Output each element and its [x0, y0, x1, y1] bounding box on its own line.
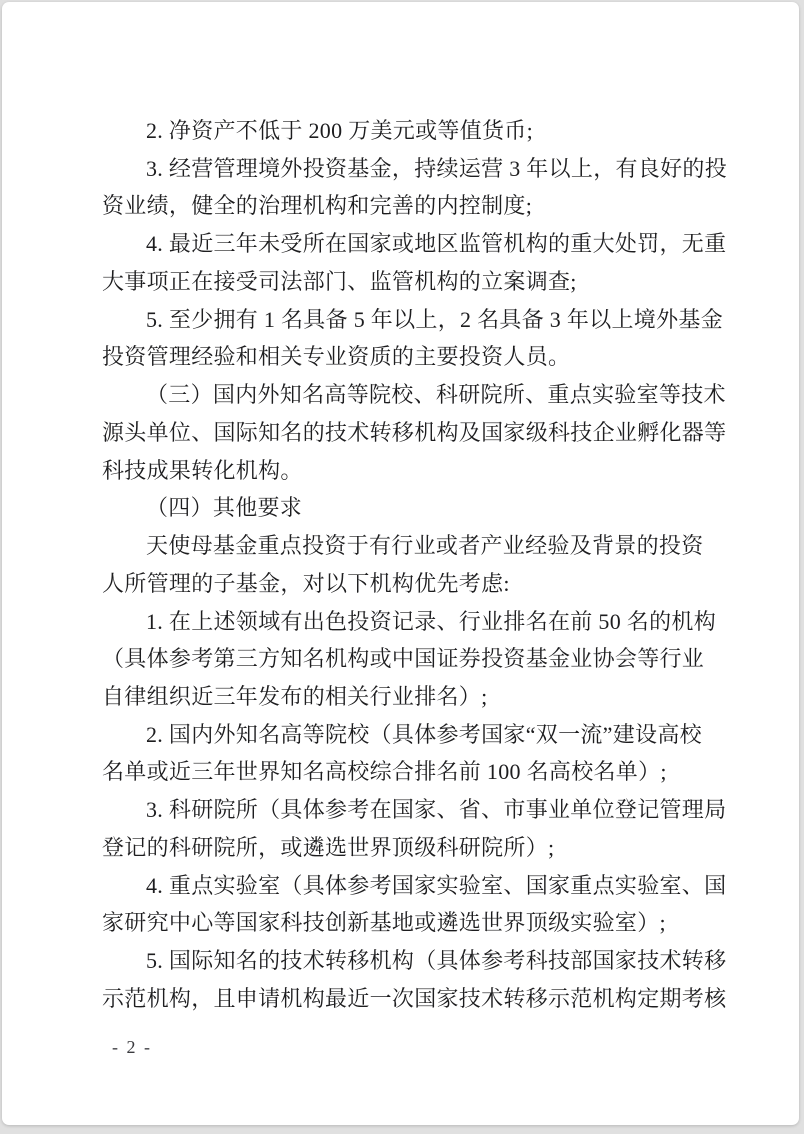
document-line: 3. 经营管理境外投资基金，持续运营 3 年以上，有良好的投 — [102, 150, 742, 188]
document-line: 登记的科研院所，或遴选世界顶级科研院所）; — [102, 829, 742, 867]
document-line: 5. 至少拥有 1 名具备 5 年以上，2 名具备 3 年以上境外基金 — [102, 301, 742, 339]
document-line: 2. 国内外知名高等院校（具体参考国家“双一流”建设高校 — [102, 716, 742, 754]
document-line: 大事项正在接受司法部门、监管机构的立案调查; — [102, 263, 742, 301]
document-line: 源头单位、国际知名的技术转移机构及国家级科技企业孵化器等 — [102, 414, 742, 452]
document-line: 自律组织近三年发布的相关行业排名）; — [102, 678, 742, 716]
document-line: 资业绩，健全的治理机构和完善的内控制度; — [102, 187, 742, 225]
document-page: 2. 净资产不低于 200 万美元或等值货币; 3. 经营管理境外投资基金，持续… — [2, 2, 799, 1125]
document-line: 3. 科研院所（具体参考在国家、省、市事业单位登记管理局 — [102, 791, 742, 829]
document-line: 人所管理的子基金，对以下机构优先考虑: — [102, 565, 742, 603]
document-line: 1. 在上述领域有出色投资记录、行业排名在前 50 名的机构 — [102, 603, 742, 641]
document-line: 4. 最近三年未受所在国家或地区监管机构的重大处罚，无重 — [102, 225, 742, 263]
document-body: 2. 净资产不低于 200 万美元或等值货币; 3. 经营管理境外投资基金，持续… — [102, 112, 742, 1018]
document-line: （四）其他要求 — [102, 489, 742, 527]
scan-viewer-frame: 2. 净资产不低于 200 万美元或等值货币; 3. 经营管理境外投资基金，持续… — [0, 0, 804, 1134]
document-line: 科技成果转化机构。 — [102, 452, 742, 490]
document-line: （具体参考第三方知名机构或中国证券投资基金业协会等行业 — [102, 640, 742, 678]
document-line: （三）国内外知名高等院校、科研院所、重点实验室等技术 — [102, 376, 742, 414]
document-line: 示范机构，且申请机构最近一次国家技术转移示范机构定期考核 — [102, 980, 742, 1018]
document-line: 2. 净资产不低于 200 万美元或等值货币; — [102, 112, 742, 150]
document-line: 投资管理经验和相关专业资质的主要投资人员。 — [102, 338, 742, 376]
document-line: 4. 重点实验室（具体参考国家实验室、国家重点实验室、国 — [102, 867, 742, 905]
document-line: 名单或近三年世界知名高校综合排名前 100 名高校名单）; — [102, 753, 742, 791]
page-number: - 2 - — [112, 1036, 152, 1058]
document-line: 天使母基金重点投资于有行业或者产业经验及背景的投资 — [102, 527, 742, 565]
document-line: 5. 国际知名的技术转移机构（具体参考科技部国家技术转移 — [102, 942, 742, 980]
document-line: 家研究中心等国家科技创新基地或遴选世界顶级实验室）; — [102, 904, 742, 942]
